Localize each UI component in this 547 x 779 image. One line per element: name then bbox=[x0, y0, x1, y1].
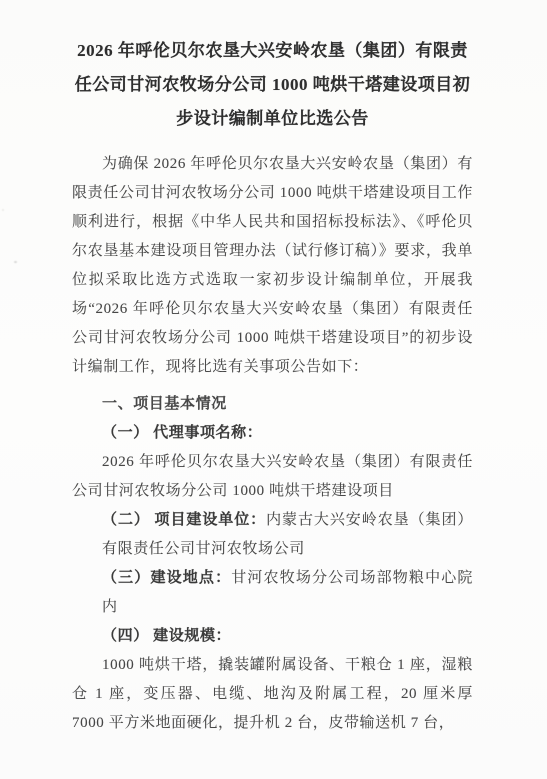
section-item-construction-unit: （二） 项目建设单位：内蒙古大兴安岭农垦（集团）有限责任公司甘河农牧场公司 bbox=[72, 506, 473, 564]
item-label-line: （二） 项目建设单位：内蒙古大兴安岭农垦（集团）有限责任公司甘河农牧场公司 bbox=[102, 506, 473, 564]
item-3-label: （三）建设地点： bbox=[102, 570, 231, 586]
item-1-label: （一） 代理事项名称： bbox=[102, 425, 262, 441]
item-label-line: （三）建设地点：甘河农牧场分公司场部物粮中心院内 bbox=[102, 564, 473, 622]
section-item-agency-matter-name: （一） 代理事项名称： 2026 年呼伦贝尔农垦大兴安岭农垦（集团）有限责任公司… bbox=[72, 419, 473, 506]
scan-speck bbox=[14, 261, 17, 263]
item-label-line: （一） 代理事项名称： bbox=[102, 419, 473, 448]
intro-paragraph: 为确保 2026 年呼伦贝尔农垦大兴安岭农垦（集团）有限责任公司甘河农牧场分公司… bbox=[72, 150, 473, 382]
document-title: 2026 年呼伦贝尔农垦大兴安岭农垦（集团）有限责任公司甘河农牧场分公司 100… bbox=[72, 34, 473, 136]
item-4-value: 1000 吨烘干塔，撬装罐附属设备、干粮仓 1 座，湿粮仓 1 座，变压器、电缆… bbox=[72, 651, 473, 738]
document-page: 2026 年呼伦贝尔农垦大兴安岭农垦（集团）有限责任公司甘河农牧场分公司 100… bbox=[0, 0, 547, 779]
item-label-line: （四） 建设规模： bbox=[102, 622, 473, 651]
section-item-construction-scale: （四） 建设规模： 1000 吨烘干塔，撬装罐附属设备、干粮仓 1 座，湿粮仓 … bbox=[72, 622, 473, 738]
section-item-construction-location: （三）建设地点：甘河农牧场分公司场部物粮中心院内 bbox=[72, 564, 473, 622]
item-1-value: 2026 年呼伦贝尔农垦大兴安岭农垦（集团）有限责任公司甘河农牧场分公司 100… bbox=[72, 448, 473, 506]
item-2-label: （二） 项目建设单位： bbox=[102, 512, 266, 528]
scan-speck bbox=[2, 209, 4, 211]
item-4-label: （四） 建设规模： bbox=[102, 628, 231, 644]
section-heading-project-basic-info: 一、项目基本情况 bbox=[102, 390, 473, 419]
